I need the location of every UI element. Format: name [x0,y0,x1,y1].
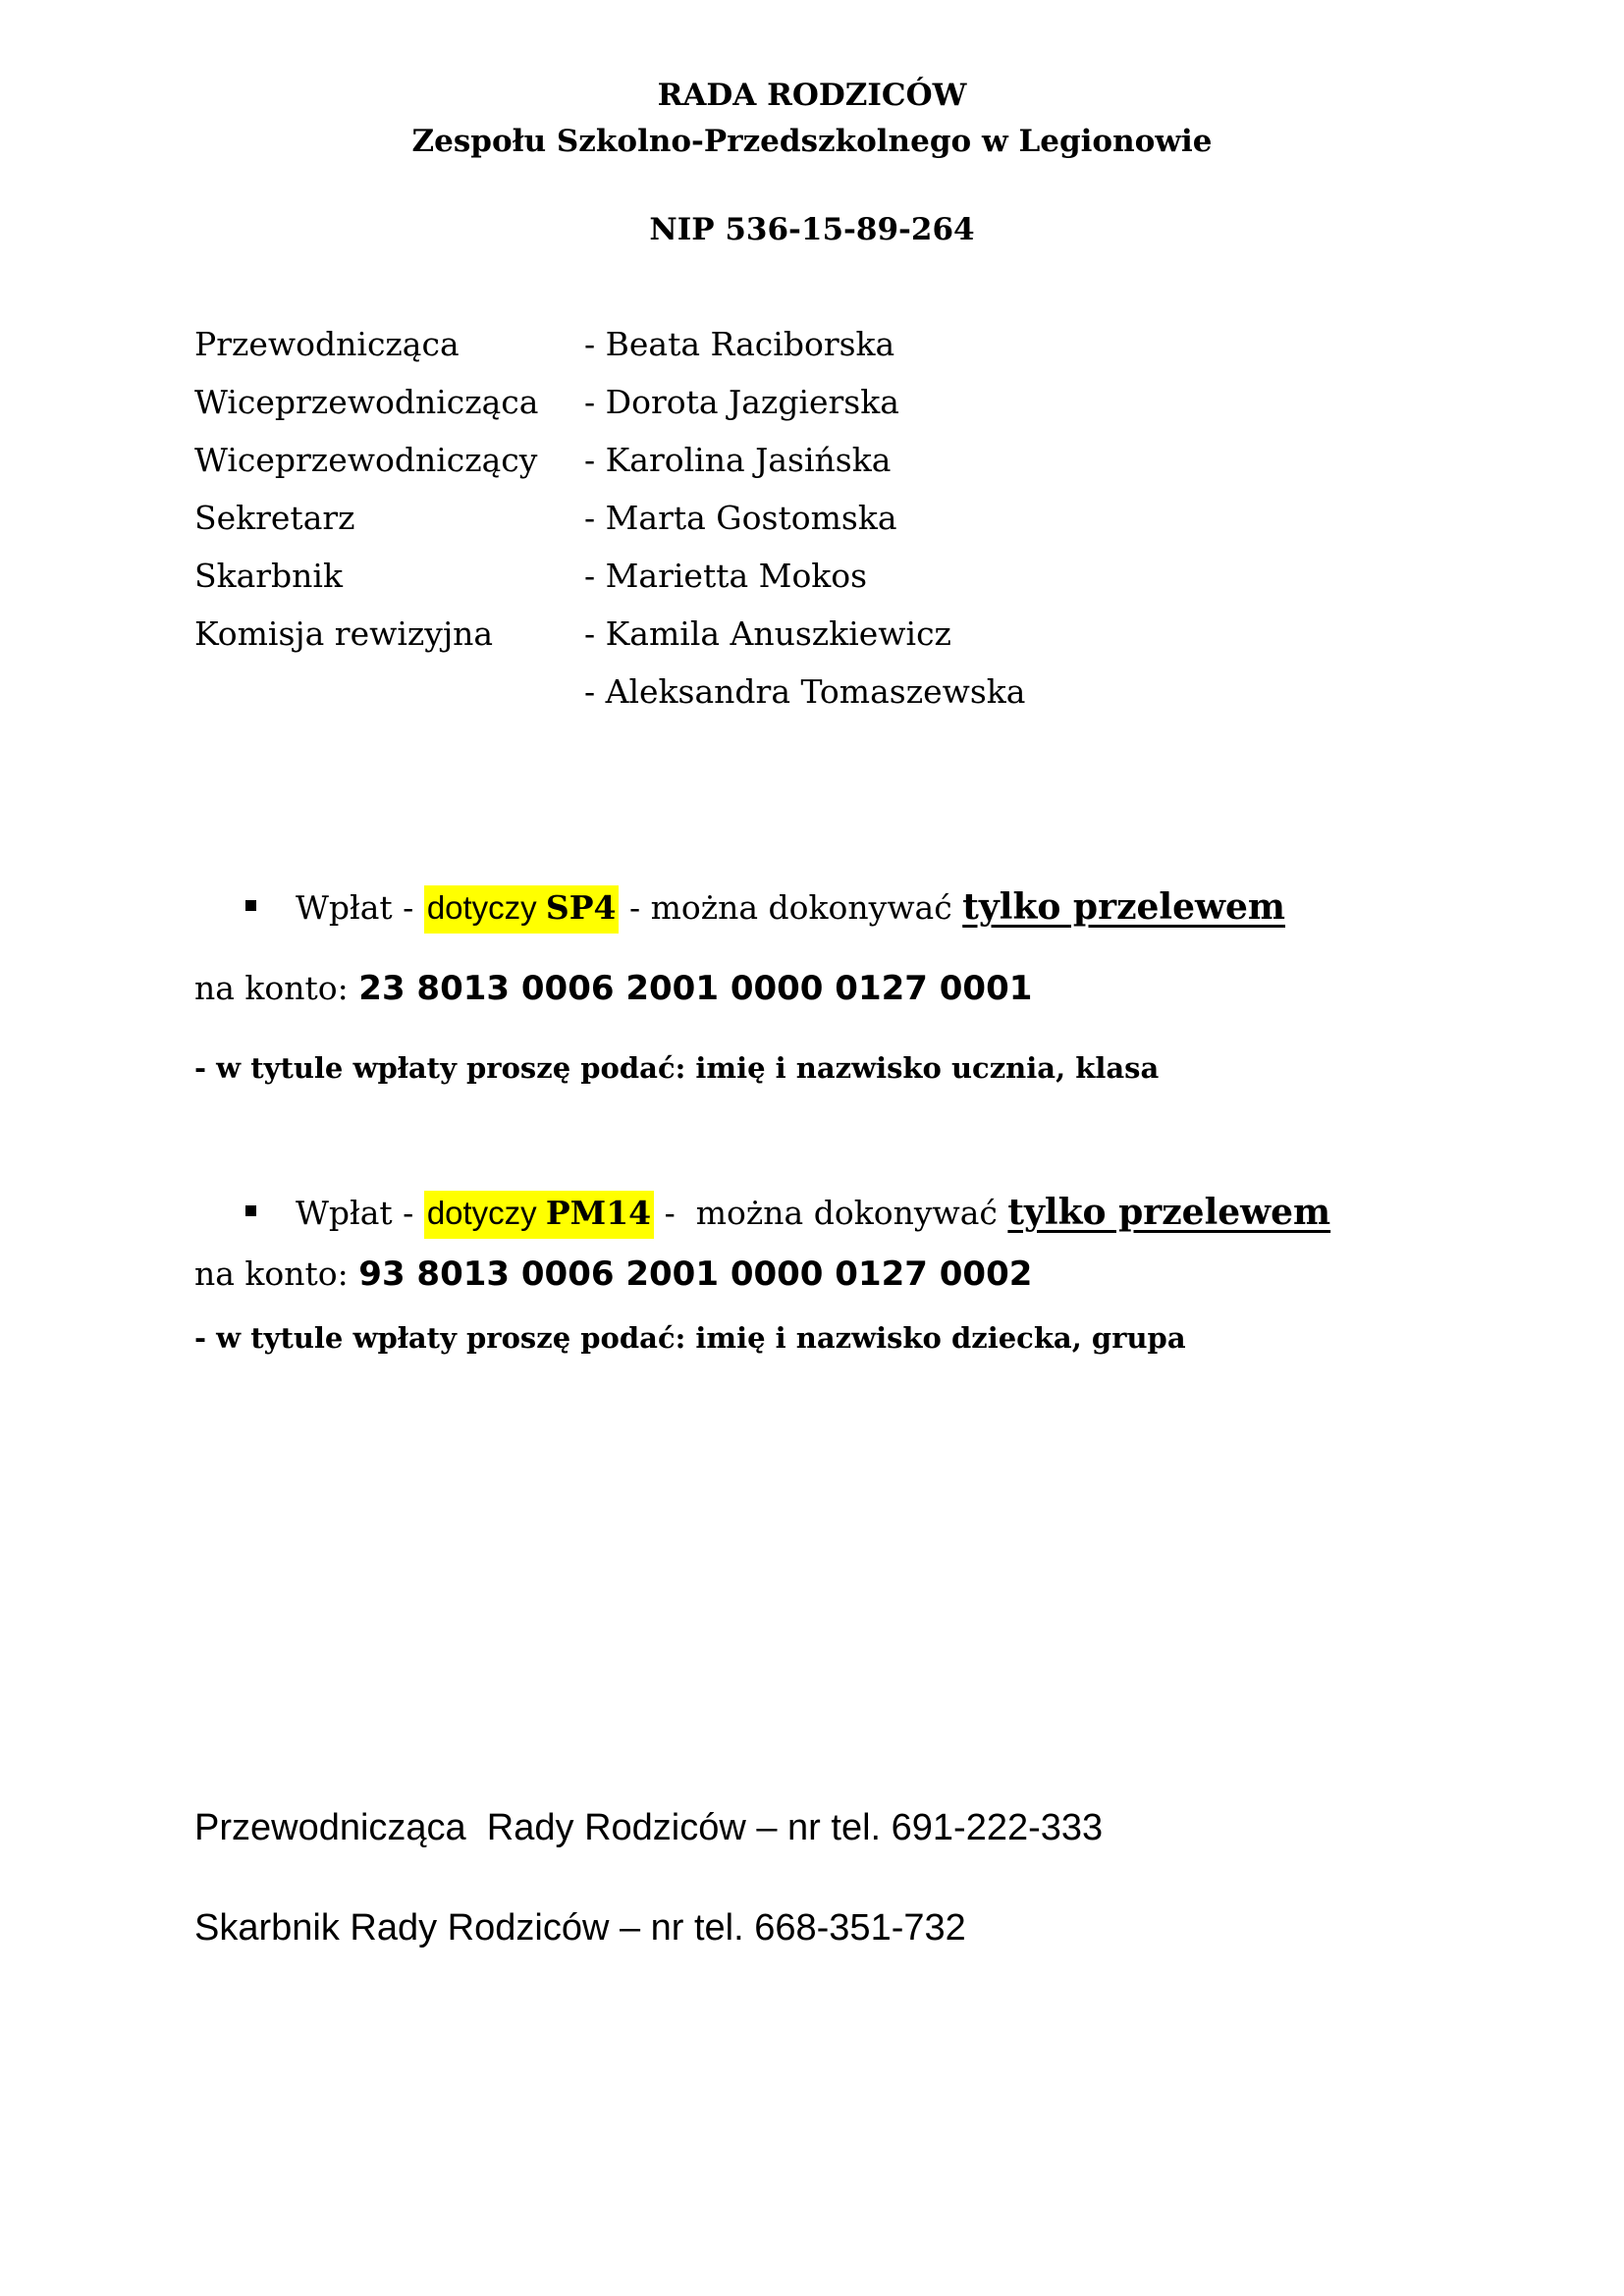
chair-contact: Przewodnicząca Rady Rodziców – nr tel. 6… [194,1809,1103,1846]
payment-bullet-line: Wpłat - dotyczy PM14 - można dokonywać t… [245,1195,1330,1230]
transfer-only-emphasis: tylko przelewem [1007,1192,1330,1233]
account-line: na konto: 23 8013 0006 2001 0000 0127 00… [194,972,1032,1005]
unit-name: SP4 [546,888,617,927]
payment-middle: - można dokonywać [654,1194,1007,1232]
account-line: na konto: 93 8013 0006 2001 0000 0127 00… [194,1257,1032,1291]
account-label: na konto: [194,969,358,1007]
board-member-name: - Beata Raciborska [584,328,894,360]
highlighted-unit: dotyczy SP4 [424,885,620,934]
document-title: RADA RODZICÓW [0,80,1624,111]
account-number: 23 8013 0006 2001 0000 0127 0001 [358,969,1032,1008]
transfer-only-emphasis: tylko przelewem [962,886,1285,928]
account-number: 93 8013 0006 2001 0000 0127 0002 [358,1255,1032,1294]
transfer-title-instruction: - w tytule wpłaty proszę podać: imię i n… [194,1324,1186,1353]
board-member-name: - Karolina Jasińska [584,444,891,476]
payment-prefix: Wpłat - [296,1194,424,1232]
payment-bullet-line: Wpłat - dotyczy SP4 - można dokonywać ty… [245,889,1285,925]
square-bullet-icon [245,900,256,911]
board-role: Wiceprzewodniczący [194,444,537,476]
highlight-text: dotyczy [427,889,546,926]
document-subtitle: Zespołu Szkolno-Przedszkolnego w Legiono… [0,127,1624,157]
board-member-name: - Dorota Jazgierska [584,386,899,418]
board-member-name: - Marta Gostomska [584,502,897,534]
payment-prefix: Wpłat - [296,888,424,927]
board-member-name: - Marietta Mokos [584,560,867,592]
board-role: Skarbnik [194,560,343,592]
document-page: RADA RODZICÓW Zespołu Szkolno-Przedszkol… [0,0,1624,2296]
unit-name: PM14 [546,1194,651,1232]
transfer-title-instruction: - w tytule wpłaty proszę podać: imię i n… [194,1054,1159,1083]
account-label: na konto: [194,1255,358,1293]
square-bullet-icon [245,1205,256,1216]
board-role: Komisja rewizyjna [194,617,493,650]
board-member-name: - Aleksandra Tomaszewska [584,675,1025,708]
highlighted-unit: dotyczy PM14 [424,1191,654,1239]
payment-middle: - można dokonywać [619,888,962,927]
board-role: Przewodnicząca [194,328,460,360]
tax-id: NIP 536-15-89-264 [0,215,1624,245]
board-member-name: - Kamila Anuszkiewicz [584,617,951,650]
treasurer-contact: Skarbnik Rady Rodziców – nr tel. 668-351… [194,1909,966,1947]
board-role: Wiceprzewodnicząca [194,386,538,418]
highlight-text: dotyczy [427,1195,546,1231]
board-role: Sekretarz [194,502,355,534]
